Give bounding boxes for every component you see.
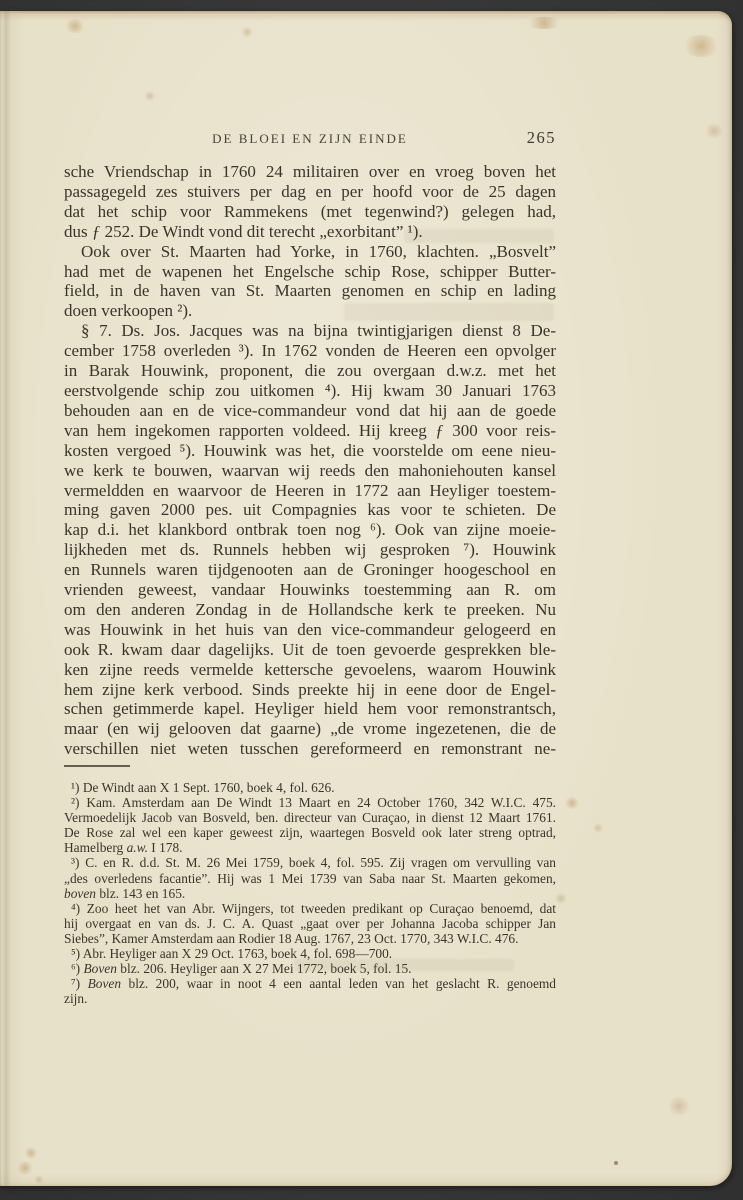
- text-line: doen verkoopen ²).: [64, 301, 556, 321]
- text-line: vermeldden en waarvoor de Heeren in 1772…: [64, 481, 556, 501]
- text-line: verschillen niet weten tusschen gereform…: [64, 739, 556, 759]
- text-line: field, in de haven van St. Maarten genom…: [64, 281, 556, 301]
- text-line: „des overledens facantie”. Hij was 1 Mei…: [64, 871, 556, 886]
- text-line: ming gaven 2000 pes. uit Compagnies kas …: [64, 500, 556, 520]
- running-header-title: DE BLOEI EN ZIJN EINDE: [64, 131, 556, 147]
- text-line: hem zijne kerk verbood. Sinds preekte hi…: [64, 680, 556, 700]
- text-line: en Runnels waren tijdgenooten aan de Gro…: [64, 560, 556, 580]
- text-line: had met de wapenen het Engelsche schip R…: [64, 262, 556, 282]
- text-line: vrienden geweest, vandaar Houwinks toest…: [64, 580, 556, 600]
- text-line: dat het schip voor Rammekens (met tegenw…: [64, 202, 556, 222]
- foxing-spot: [680, 35, 722, 57]
- text-line: zijn.: [64, 991, 556, 1006]
- text-line: lijkheden met ds. Runnels hebben wij ges…: [64, 540, 556, 560]
- foxing-spot: [592, 823, 604, 833]
- text-line: De Rose zal wel een kaper geweest zijn, …: [64, 825, 556, 840]
- foxing-spot: [564, 797, 580, 809]
- text-line: Ook over St. Maarten had Yorke, in 1760,…: [64, 242, 556, 262]
- text-line: was Houwink in het huis van den vice-com…: [64, 620, 556, 640]
- text-line: ⁶) Boven blz. 206. Heyliger aan X 27 Mei…: [64, 961, 556, 976]
- foxing-spot: [24, 1147, 38, 1159]
- foxing-spot: [16, 1161, 34, 1175]
- foxing-spot: [144, 91, 156, 101]
- text-line: boven blz. 143 en 165.: [64, 886, 556, 901]
- text-line: ¹) De Windt aan X 1 Sept. 1760, boek 4, …: [64, 780, 556, 795]
- text-line: kap d.i. het klankbord ontbrak toen nog …: [64, 520, 556, 540]
- body-text-block: sche Vriendschap in 1760 24 militairen o…: [64, 162, 556, 759]
- text-line: om den anderen Zondag in de Hollandsche …: [64, 600, 556, 620]
- text-line: ken zijne reeds vermelde kettersche gevo…: [64, 660, 556, 680]
- text-line: ⁷) Boven blz. 200, waar in noot 4 een aa…: [64, 976, 556, 991]
- text-line: schen getimmerde kapel. Heyliger hield h…: [64, 699, 556, 719]
- text-line: eerstvolgende schip zou uitkomen ⁴). Hij…: [64, 381, 556, 401]
- text-line: § 7. Ds. Jos. Jacques was na bijna twint…: [64, 321, 556, 341]
- running-header: DE BLOEI EN ZIJN EINDE 265: [64, 131, 556, 151]
- text-line: Hamelberg a.w. I 178.: [64, 840, 556, 855]
- page-number: 265: [527, 128, 556, 148]
- text-line: behouden aan en de vice-commandeur vond …: [64, 401, 556, 421]
- footnote-separator-rule: [64, 765, 130, 767]
- book-page-scan: DE BLOEI EN ZIJN EINDE 265 sche Vriendsc…: [0, 11, 732, 1186]
- text-line: sche Vriendschap in 1760 24 militairen o…: [64, 162, 556, 182]
- text-line: van hem ingekomen rapporten voldeed. Hij…: [64, 421, 556, 441]
- foxing-spot: [240, 27, 254, 37]
- binding-gutter-shadow: [0, 11, 24, 1186]
- text-line: hij overgaat en van ds. J. C. A. Quast „…: [64, 916, 556, 931]
- text-line: ⁵) Abr. Heyliger aan X 29 Oct. 1763, boe…: [64, 946, 556, 961]
- dirt-speck: [614, 1161, 618, 1165]
- foxing-spot: [666, 1097, 692, 1115]
- text-line: ook R. kwam daar dagelijks. Uit de toen …: [64, 640, 556, 660]
- text-line: passagegeld zes stuivers per dag en per …: [64, 182, 556, 202]
- text-line: dus ƒ 252. De Windt vond dit terecht „ex…: [64, 222, 556, 242]
- footnotes-block: ¹) De Windt aan X 1 Sept. 1760, boek 4, …: [64, 780, 556, 1006]
- text-line: Siebes”, Kamer Amsterdam aan Rodier 18 A…: [64, 931, 556, 946]
- foxing-spot: [704, 123, 724, 139]
- text-line: ⁴) Zoo heet het van Abr. Wijngers, tot t…: [64, 901, 556, 916]
- text-line: in Barak Houwink, proponent, die zou ove…: [64, 361, 556, 381]
- text-line: ³) C. en R. d.d. St. M. 26 Mei 1759, boe…: [64, 855, 556, 870]
- foxing-spot: [34, 1175, 44, 1184]
- foxing-spot: [64, 19, 86, 33]
- foxing-spot: [524, 17, 564, 29]
- text-line: ²) Kam. Amsterdam aan De Windt 13 Maart …: [64, 795, 556, 810]
- foxing-spot: [554, 893, 568, 904]
- text-line: Vermoedelijk Jacob van Bosveld, ben. dir…: [64, 810, 556, 825]
- text-line: kosten vergoed ⁵). Houwink was het, die …: [64, 441, 556, 461]
- text-line: we kerk te bouwen, waarvan wij reeds den…: [64, 461, 556, 481]
- text-line: maar (en wij gelooven dat gaarne) „de vr…: [64, 719, 556, 739]
- text-line: cember 1758 overleden ³). In 1762 vonden…: [64, 341, 556, 361]
